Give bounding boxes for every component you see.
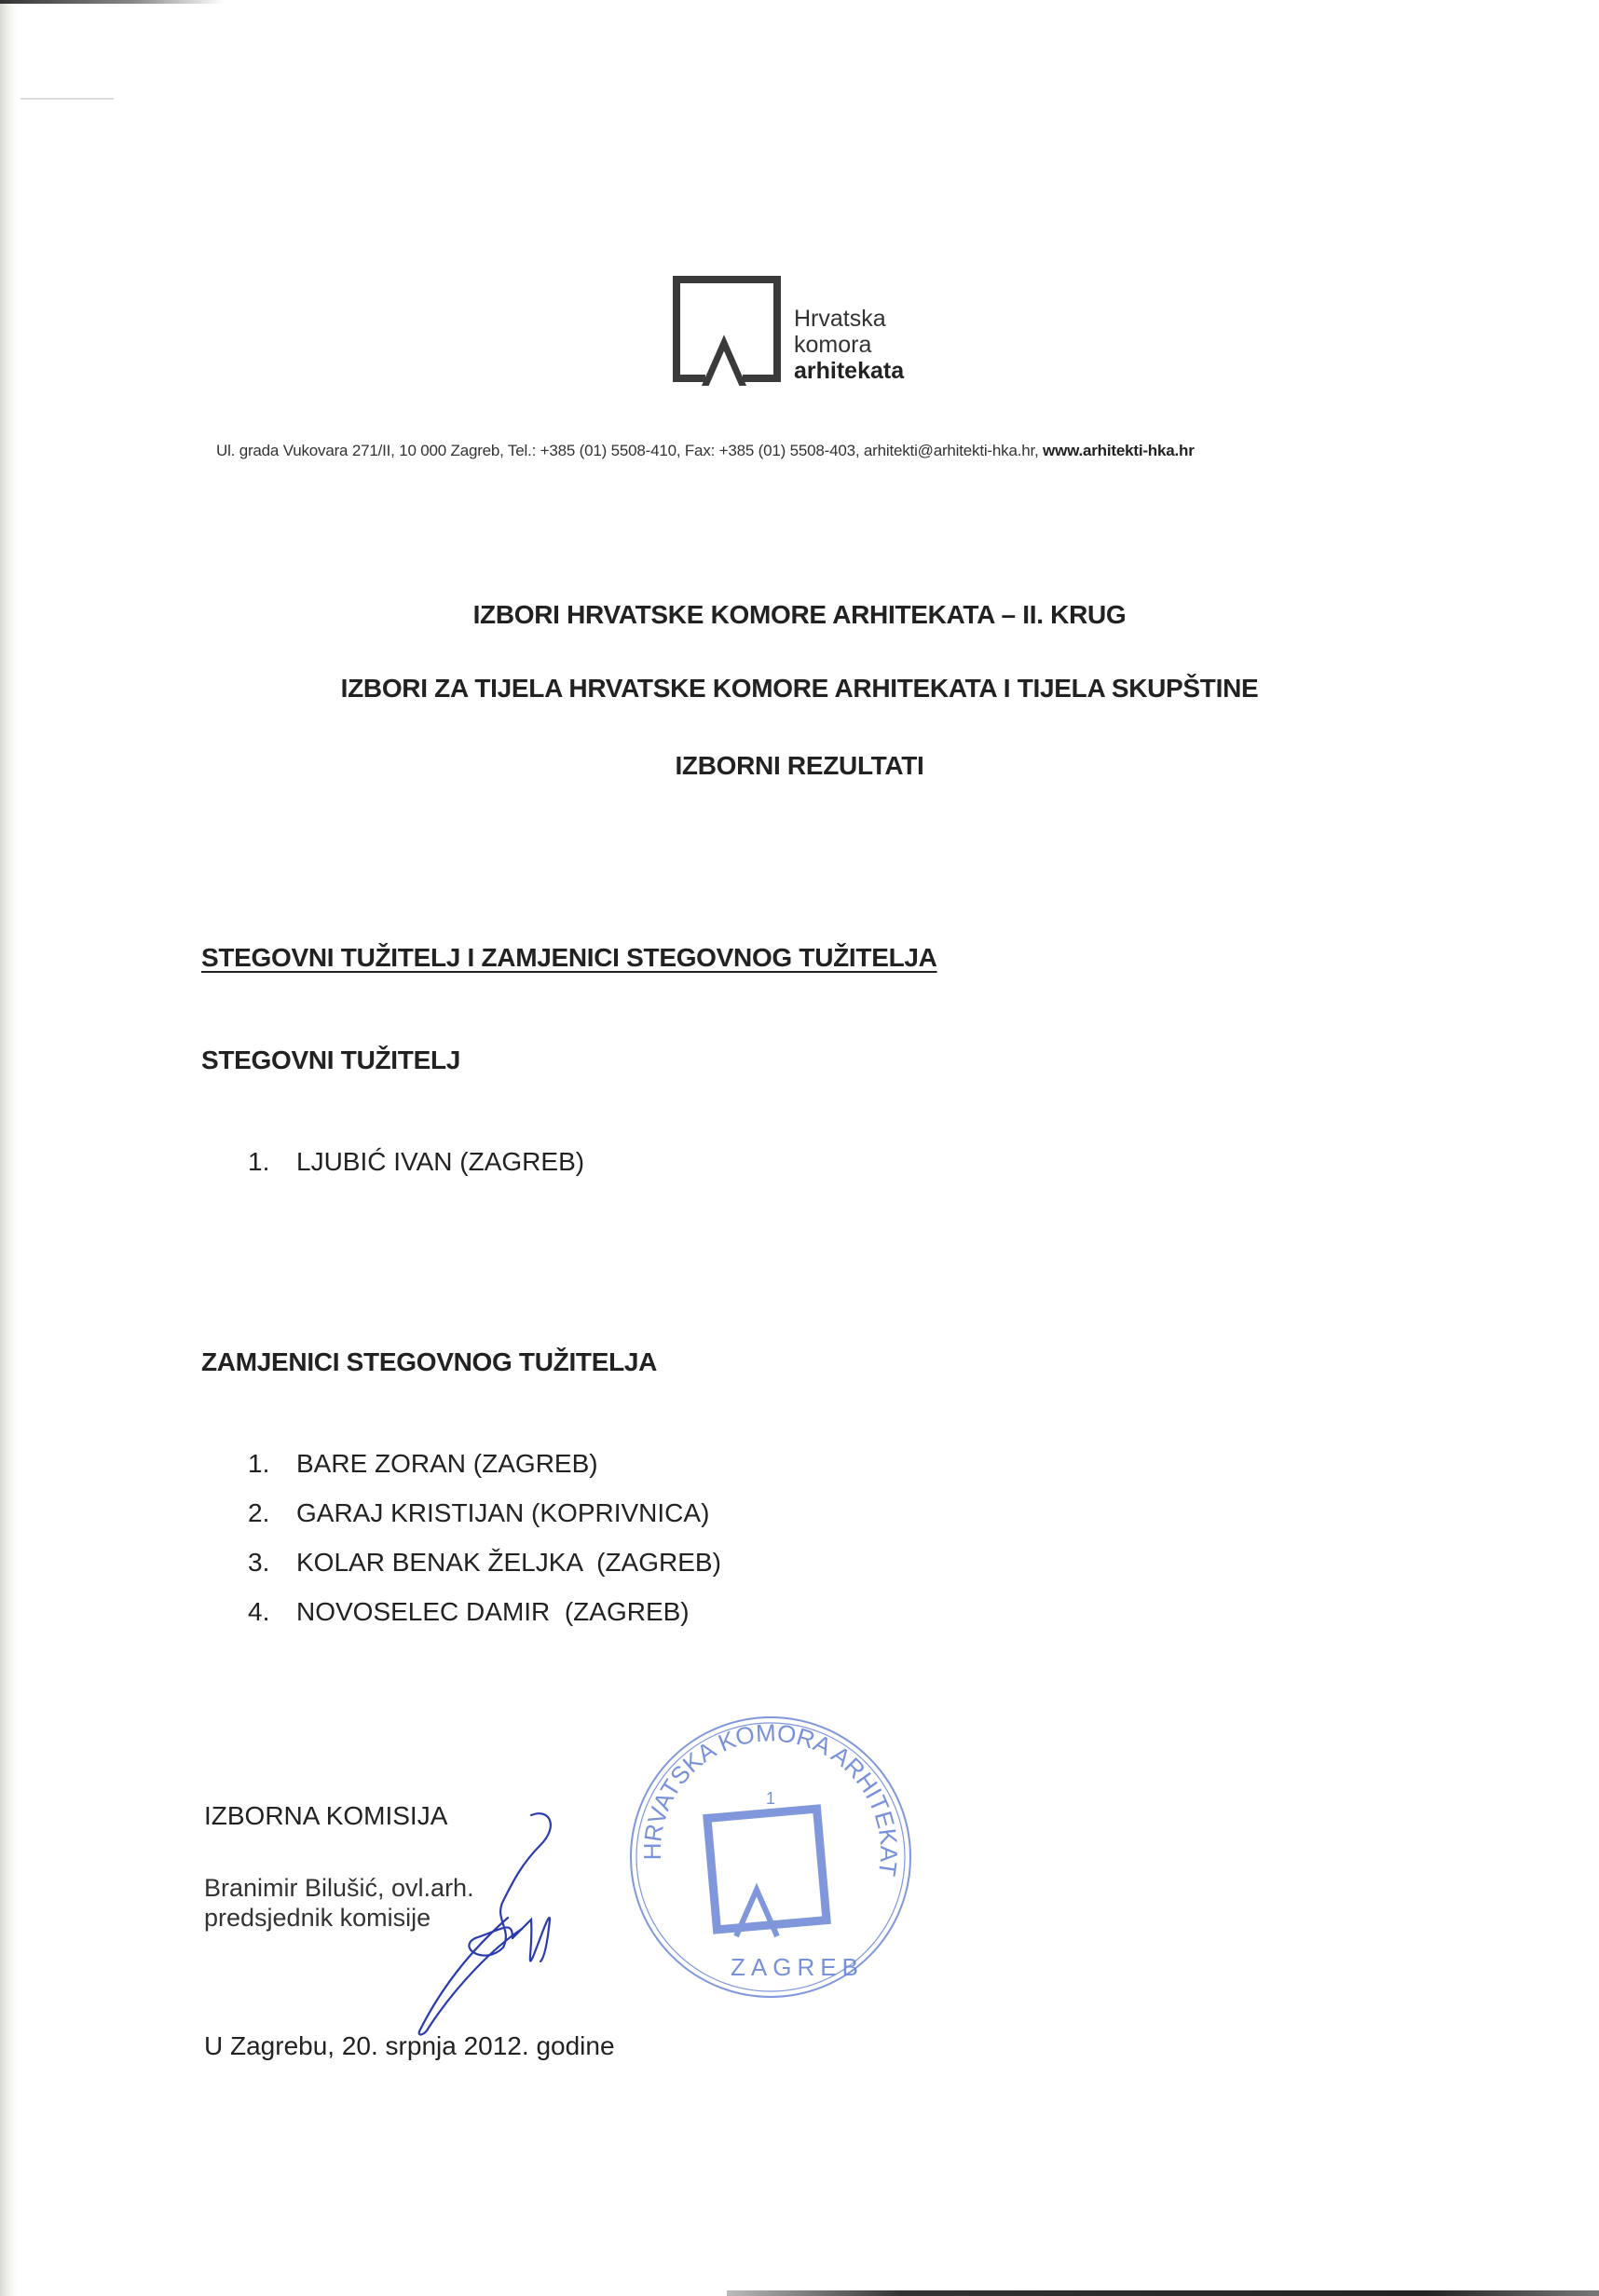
list-item: 2.GARAJ KRISTIJAN (KOPRIVNICA) bbox=[248, 1497, 721, 1547]
document-title-2: IZBORI ZA TIJELA HRVATSKE KOMORE ARHITEK… bbox=[0, 674, 1599, 704]
svg-text:HRVATSKA KOMORA ARHITEKATA: HRVATSKA KOMORA ARHITEKATA bbox=[626, 1713, 903, 1878]
logo-line-3: arhitekata bbox=[794, 358, 904, 384]
item-number: 1. bbox=[248, 1146, 296, 1178]
item-name: GARAJ KRISTIJAN (KOPRIVNICA) bbox=[296, 1498, 709, 1527]
address-text: Ul. grada Vukovara 271/II, 10 000 Zagreb… bbox=[216, 442, 1043, 459]
organization-logo: Hrvatska komora arhitekata bbox=[673, 276, 924, 397]
logo-line-2: komora bbox=[794, 332, 904, 358]
item-name: BARE ZORAN (ZAGREB) bbox=[296, 1449, 598, 1478]
scan-artifact bbox=[20, 98, 114, 100]
stamp-number: 1 bbox=[766, 1789, 775, 1808]
list-item: 4.NOVOSELEC DAMIR (ZAGREB) bbox=[248, 1596, 721, 1646]
deputies-list: 1.BARE ZORAN (ZAGREB) 2.GARAJ KRISTIJAN … bbox=[248, 1448, 721, 1646]
item-number: 1. bbox=[248, 1448, 296, 1480]
item-name: KOLAR BENAK ŽELJKA (ZAGREB) bbox=[296, 1548, 721, 1577]
section-heading: STEGOVNI TUŽITELJ I ZAMJENICI STEGOVNOG … bbox=[201, 943, 937, 973]
item-number: 3. bbox=[248, 1547, 296, 1578]
hka-logo-icon bbox=[673, 276, 783, 386]
signature-icon bbox=[373, 1808, 596, 2050]
deputies-heading: ZAMJENICI STEGOVNOG TUŽITELJA bbox=[201, 1347, 657, 1377]
prosecutor-list: 1.LJUBIĆ IVAN (ZAGREB) bbox=[248, 1146, 584, 1196]
list-item: 1.BARE ZORAN (ZAGREB) bbox=[248, 1448, 721, 1497]
scan-edge-left bbox=[0, 0, 17, 2296]
stamp-ring-text: HRVATSKA KOMORA ARHITEKATA bbox=[626, 1713, 903, 1878]
official-stamp-icon: HRVATSKA KOMORA ARHITEKATA 1 ZAGREB bbox=[626, 1713, 915, 2002]
item-name: LJUBIĆ IVAN (ZAGREB) bbox=[296, 1147, 584, 1176]
stamp-city: ZAGREB bbox=[731, 1953, 864, 1981]
item-number: 2. bbox=[248, 1497, 296, 1529]
logo-wordmark: Hrvatska komora arhitekata bbox=[794, 306, 904, 384]
list-item: 3.KOLAR BENAK ŽELJKA (ZAGREB) bbox=[248, 1547, 721, 1596]
document-title-3: IZBORNI REZULTATI bbox=[0, 751, 1599, 781]
item-name: NOVOSELEC DAMIR (ZAGREB) bbox=[296, 1597, 690, 1626]
list-item: 1.LJUBIĆ IVAN (ZAGREB) bbox=[248, 1146, 584, 1196]
scan-edge-top bbox=[0, 0, 224, 4]
document-title-1: IZBORI HRVATSKE KOMORE ARHITEKATA – II. … bbox=[0, 600, 1599, 630]
contact-address: Ul. grada Vukovara 271/II, 10 000 Zagreb… bbox=[216, 442, 1428, 460]
logo-line-1: Hrvatska bbox=[794, 306, 904, 332]
prosecutor-heading: STEGOVNI TUŽITELJ bbox=[201, 1045, 460, 1075]
item-number: 4. bbox=[248, 1596, 296, 1628]
website-link[interactable]: www.arhitekti-hka.hr bbox=[1043, 442, 1195, 459]
scan-edge-bottom bbox=[727, 2290, 1599, 2296]
